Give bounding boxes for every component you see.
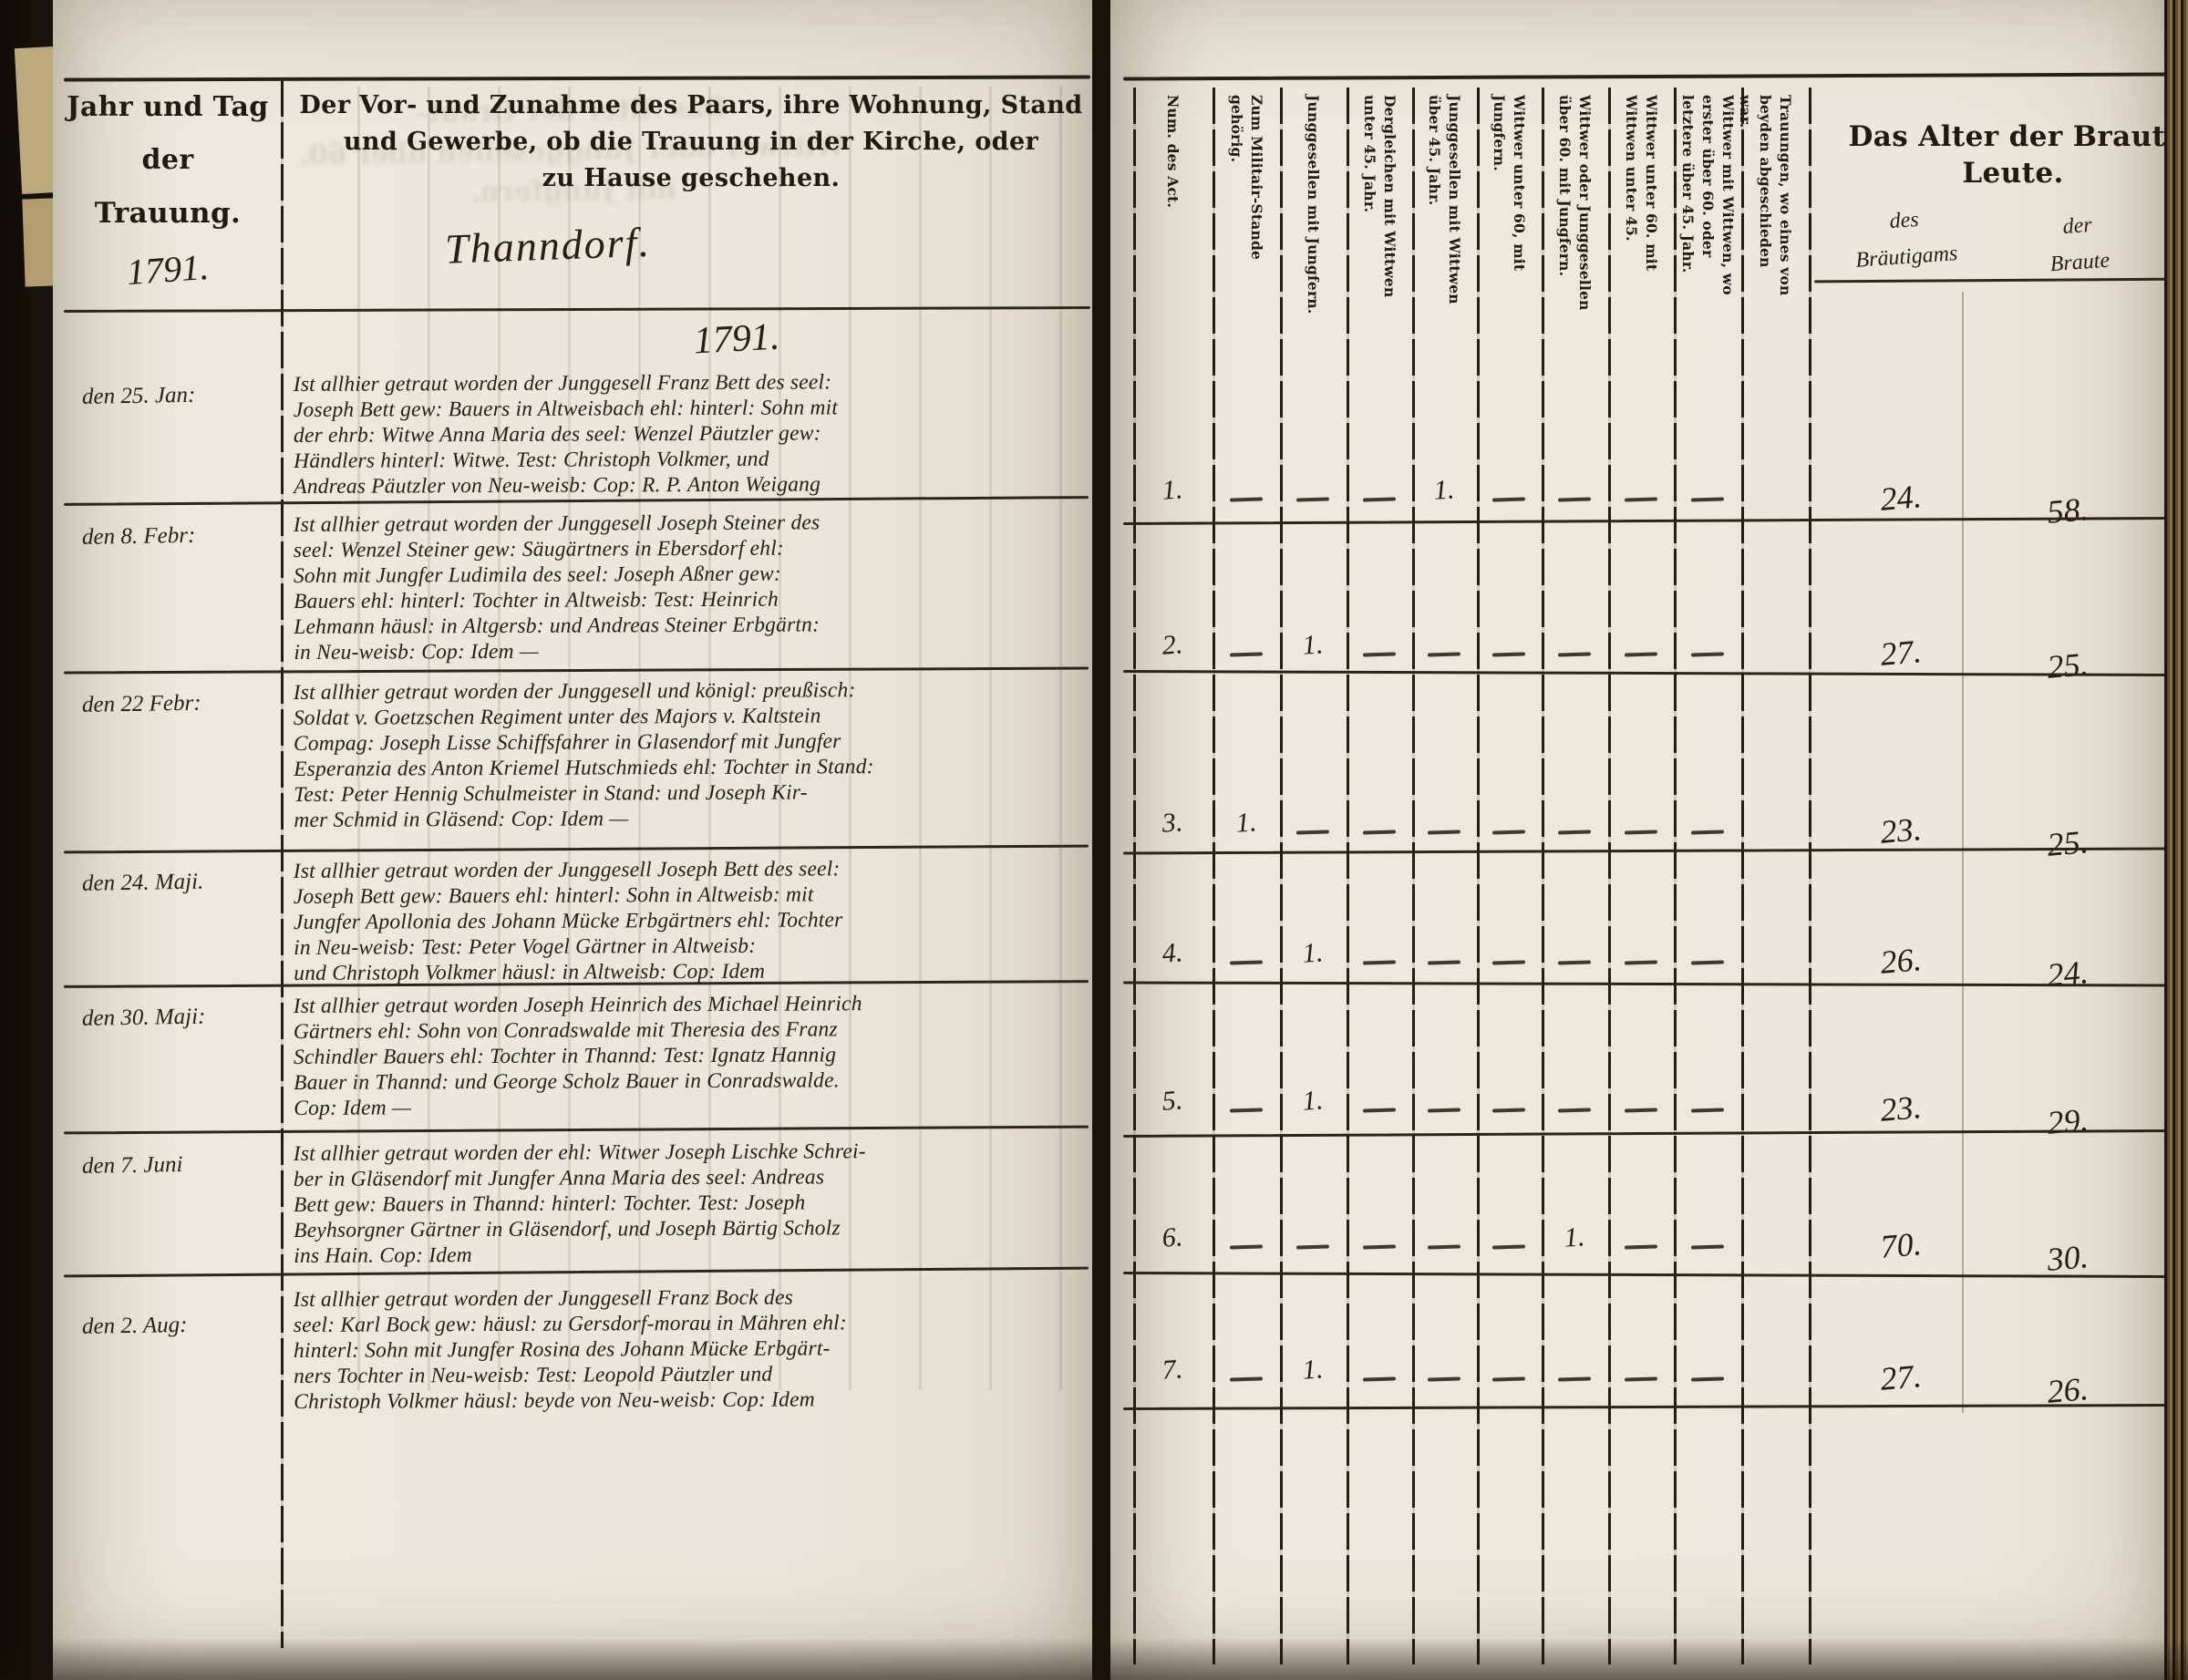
entry-text-line: Cop: Idem — <box>294 1092 1105 1121</box>
dash-mark <box>1558 830 1591 834</box>
column-line <box>1280 88 1283 1665</box>
tick-mark: 1. <box>1302 937 1325 969</box>
dash-mark <box>1691 497 1724 501</box>
page-corner-fragment <box>22 198 56 286</box>
entry-text: Ist allhier getraut worden der Junggesel… <box>294 855 1106 986</box>
entry-text-line: Ist allhier getraut worden der Junggesel… <box>294 855 1105 884</box>
groom-age: 24. <box>1879 477 1923 519</box>
bride-age: 29. <box>2046 1100 2090 1142</box>
dash-mark <box>1363 1108 1396 1112</box>
bride-column-label: derBraute <box>1994 202 2162 286</box>
dash-mark <box>1296 830 1329 834</box>
dash-mark <box>1428 830 1460 834</box>
ages-header-title: Das Alter der Braut- <box>1840 120 2186 153</box>
column-line <box>1674 88 1677 1665</box>
dash-mark <box>1625 1108 1657 1112</box>
entry-text: Ist allhier getraut worden der Junggesel… <box>294 1283 1106 1415</box>
entry-text-line: Lehmann häusl: in Altgersb: und Andreas … <box>294 611 1105 640</box>
register-book-photo: Das Alter der Braut- Wittwer oder Jungge… <box>0 0 2188 1680</box>
entry-text-line: Compag: Joseph Lisse Schiffsfahrer in Gl… <box>294 727 1105 757</box>
column-header: Junggesellen mit Wittwen über 45. Jahr. <box>1424 95 1464 309</box>
column-header: Wittwer unter 60. mit Wittwen unter 45. <box>1621 95 1661 318</box>
bride-age: 25. <box>2046 644 2090 686</box>
dash-mark <box>1625 652 1657 656</box>
entry-text: Ist allhier getraut worden der ehl: Witw… <box>294 1138 1106 1269</box>
dash-mark <box>1691 830 1724 834</box>
entry-text-line: hinterl: Sohn mit Jungfer Rosina des Joh… <box>294 1335 1105 1364</box>
column-header: Num. des Act. <box>1162 95 1182 336</box>
date-column-title-line: Trauung. <box>62 197 273 230</box>
grid-row-number: 6. <box>1161 1221 1184 1253</box>
column-line <box>1133 88 1136 1665</box>
entry-separator-line <box>64 667 1089 675</box>
tick-mark: 1. <box>1433 474 1456 506</box>
left-page: Das Alter der Braut- Wittwer oder Jungge… <box>53 0 1092 1680</box>
date-column-title-line: der <box>62 144 273 176</box>
entry-text-line: Händlers hinterl: Witwe. Test: Christoph… <box>294 445 1105 474</box>
dash-mark <box>1691 1108 1724 1112</box>
column-header: Zum Militair-Stande gehörig. <box>1226 95 1266 314</box>
dash-mark <box>1625 960 1657 964</box>
dash-mark <box>1492 1376 1525 1381</box>
ages-header-title: Leute. <box>1840 157 2186 190</box>
groom-age: 27. <box>1879 632 1923 674</box>
grid-row-number: 1. <box>1161 474 1184 506</box>
bride-age: 58. <box>2046 490 2090 531</box>
dash-mark <box>1230 1376 1263 1381</box>
dash-mark <box>1230 497 1263 501</box>
date-column-title-line: Jahr und Tag <box>62 91 273 123</box>
entry-text-line: Ist allhier getraut worden Joseph Heinri… <box>294 990 1105 1019</box>
dash-mark <box>1230 1244 1263 1249</box>
grid-row-number: 7. <box>1161 1354 1184 1386</box>
entry-separator-line <box>64 1126 1089 1135</box>
entry-text-line: ners Tochter in Neu-weisb: Test: Leopold… <box>294 1360 1105 1389</box>
entry-date: den 25. Jan: <box>82 381 283 410</box>
entry-text-line: Esperanzia des Anton Kriemel Hutschmieds… <box>294 753 1105 782</box>
dash-mark <box>1558 1376 1591 1381</box>
dash-mark <box>1296 497 1329 501</box>
entry-text-line: Andreas Päutzler von Neu-weisb: Cop: R. … <box>294 470 1105 500</box>
dash-mark <box>1428 960 1460 964</box>
dash-mark <box>1363 830 1396 834</box>
column-line <box>1542 88 1544 1665</box>
entry-text-line: Bett gew: Bauers in Thannd: hinterl: Toc… <box>294 1189 1105 1218</box>
entry-text: Ist allhier getraut worden Joseph Heinri… <box>294 990 1106 1121</box>
entry-text-line: in Neu-weisb: Cop: Idem — <box>294 636 1105 665</box>
groom-column-label: desBräutigams <box>1821 197 1989 281</box>
dash-mark <box>1363 652 1396 656</box>
dash-mark <box>1558 652 1591 656</box>
dash-mark <box>1492 497 1525 501</box>
tick-mark: 1. <box>1564 1221 1586 1253</box>
entry-text-line: Ist allhier getraut worden der Junggesel… <box>294 676 1105 706</box>
entry-text-line: Schindler Bauers ehl: Tochter in Thannd:… <box>294 1041 1105 1070</box>
column-line <box>1608 88 1611 1665</box>
dash-mark <box>1428 1244 1460 1249</box>
tick-mark: 1. <box>1302 1085 1325 1117</box>
dash-mark <box>1428 652 1460 656</box>
entry-text-line: Ist allhier getraut worden der Junggesel… <box>294 509 1105 538</box>
dash-mark <box>1691 652 1724 656</box>
dash-mark <box>1691 960 1724 964</box>
bride-age: 30. <box>2046 1237 2090 1279</box>
dash-mark <box>1230 652 1263 656</box>
grid-row-number: 3. <box>1161 807 1184 839</box>
tick-mark: 1. <box>1235 807 1258 839</box>
column-line <box>1809 88 1811 1665</box>
column-line <box>1477 88 1480 1665</box>
dash-mark <box>1691 1376 1724 1381</box>
entry-separator-line <box>64 1267 1089 1278</box>
entry-text: Ist allhier getraut worden der Junggesel… <box>294 509 1106 665</box>
dash-mark <box>1625 830 1657 834</box>
entry-text-line: Ist allhier getraut worden der Junggesel… <box>294 1283 1105 1313</box>
column-header: Trauungen, wo eines von beyden abgeschie… <box>1755 95 1795 300</box>
column-header: Dergleichen mit Wittwen unter 45. Jahr. <box>1359 95 1399 323</box>
entry-date: den 7. Juni <box>82 1150 283 1180</box>
entry-text-line: ins Hain. Cop: Idem <box>294 1240 1105 1269</box>
entry-text-line: Ist allhier getraut worden der Junggesel… <box>294 368 1105 397</box>
entry-text-line: Gärtners ehl: Sohn von Conradswalde mit … <box>294 1015 1105 1045</box>
column-line <box>1347 88 1349 1665</box>
dash-mark <box>1625 1376 1657 1381</box>
dash-mark <box>1625 497 1657 501</box>
entry-text-line: der ehrb: Witwe Anna Maria des seel: Wen… <box>294 419 1105 448</box>
groom-age: 23. <box>1879 809 1923 851</box>
entry-date: den 8. Febr: <box>82 521 283 551</box>
dash-mark <box>1558 497 1591 501</box>
column-header: Wittwer oder Junggesellen über 60. mit J… <box>1554 95 1595 318</box>
entry-text-line: Beyhsorgner Gärtner in Gläsendorf, und J… <box>294 1214 1105 1243</box>
dash-mark <box>1492 652 1525 656</box>
dash-mark <box>1625 1244 1657 1249</box>
groom-age: 23. <box>1879 1087 1923 1129</box>
grid-row-number: 4. <box>1161 937 1184 969</box>
entry-text-line: Joseph Bett gew: Bauers in Altweisbach e… <box>294 394 1105 423</box>
year-handwritten: 1791. <box>61 241 275 298</box>
groom-age: 26. <box>1879 940 1923 982</box>
column-header: Wittwer unter 60, mit Jungfern. <box>1489 95 1529 286</box>
entry-text-line: Jungfer Apollonia des Johann Mücke Erbgä… <box>294 906 1105 935</box>
dash-mark <box>1363 497 1396 501</box>
book-right-edge <box>2164 0 2188 1680</box>
entry-text-line: in Neu-weisb: Test: Peter Vogel Gärtner … <box>294 932 1105 961</box>
dash-mark <box>1428 1108 1460 1112</box>
entry-text: Ist allhier getraut worden der Junggesel… <box>294 368 1106 500</box>
dash-mark <box>1296 1244 1329 1249</box>
column-line <box>1412 88 1415 1665</box>
groom-age: 70. <box>1879 1224 1923 1266</box>
entry-text-line: Soldat v. Goetzschen Regiment unter des … <box>294 702 1105 731</box>
dash-mark <box>1363 1376 1396 1381</box>
main-header-line: zu Hause geschehen. <box>292 164 1090 192</box>
dash-mark <box>1558 1108 1591 1112</box>
main-header-line: und Gewerbe, ob die Trauung in der Kirch… <box>292 128 1090 156</box>
tick-mark: 1. <box>1302 1354 1325 1386</box>
column-header: Wittwer mit Wittwen, wo erster über 60. … <box>1677 95 1738 314</box>
main-header-line: Der Vor- und Zunahme des Paars, ihre Woh… <box>292 91 1090 119</box>
entry-text-line: Test: Peter Hennig Schulmeister in Stand… <box>294 778 1105 808</box>
entry-text-line: Ist allhier getraut worden der ehl: Witw… <box>294 1138 1105 1167</box>
dash-mark <box>1492 1244 1525 1249</box>
groom-age: 27. <box>1879 1356 1923 1398</box>
date-column-divider <box>281 80 284 1648</box>
column-line <box>1741 88 1744 1665</box>
entry-text-line: Joseph Bett gew: Bauers ehl: hinterl: So… <box>294 881 1105 910</box>
entry-text-line: Bauer in Thannd: und George Scholz Bauer… <box>294 1067 1105 1096</box>
top-rule <box>1123 72 2172 80</box>
dash-mark <box>1558 960 1591 964</box>
entry-text-line: ber in Gläsendorf mit Jungfer Anna Maria… <box>294 1163 1105 1192</box>
top-rule <box>64 76 1090 82</box>
entry-text-line: mer Schmid in Gläsend: Cop: Idem — <box>294 804 1105 833</box>
dash-mark <box>1492 960 1525 964</box>
parish-name-handwritten: Thanndorf. <box>444 209 902 273</box>
column-line <box>1213 88 1215 1665</box>
dash-mark <box>1230 960 1263 964</box>
photo-bottom-shadow <box>0 1638 2188 1680</box>
dash-mark <box>1691 1244 1724 1249</box>
tick-mark: 1. <box>1302 629 1325 661</box>
dash-mark <box>1363 1244 1396 1249</box>
dash-mark <box>1492 830 1525 834</box>
entry-date: den 22 Febr: <box>82 689 283 718</box>
grid-row-number: 2. <box>1161 629 1184 661</box>
header-bottom-rule <box>64 306 1090 313</box>
section-year-handwritten: 1791. <box>562 308 911 370</box>
entry-text: Ist allhier getraut worden der Junggesel… <box>294 676 1106 833</box>
dash-mark <box>1363 960 1396 964</box>
entry-text-line: seel: Karl Bock gew: häusl: zu Gersdorf-… <box>294 1309 1105 1338</box>
entry-text-line: Sohn mit Jungfer Ludimila des seel: Jose… <box>294 560 1105 589</box>
right-page: Num. des Act. Zum Militair-Stande gehöri… <box>1110 0 2164 1680</box>
dash-mark <box>1230 1108 1263 1112</box>
entry-text-line: seel: Wenzel Steiner gew: Säugärtners in… <box>294 534 1105 563</box>
entry-text-line: Christoph Volkmer häusl: beyde von Neu-w… <box>294 1386 1105 1415</box>
entry-date: den 30. Maji: <box>82 1003 283 1032</box>
ages-divider-faint <box>1962 292 1964 1413</box>
entry-date: den 2. Aug: <box>82 1311 283 1340</box>
grid-row-number: 5. <box>1161 1085 1184 1117</box>
column-header: Junggesellen mit Jungfern. <box>1303 95 1323 336</box>
entry-text-line: Bauers ehl: hinterl: Tochter in Altweisb… <box>294 585 1105 614</box>
bride-age: 25. <box>2046 822 2090 864</box>
dash-mark <box>1492 1108 1525 1112</box>
entry-separator-line <box>64 845 1089 854</box>
dash-mark <box>1428 1376 1460 1381</box>
bride-age: 24. <box>2046 953 2090 995</box>
entry-date: den 24. Maji. <box>82 868 283 897</box>
